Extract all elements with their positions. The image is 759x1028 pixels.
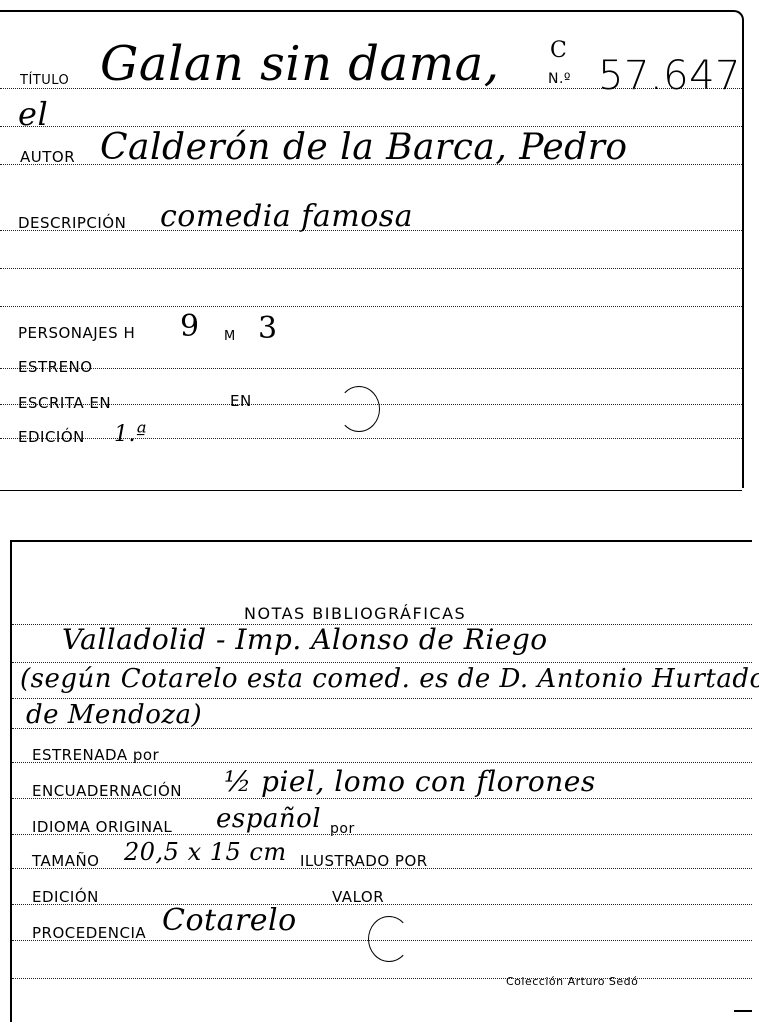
edicion-value: 1.ª [114,424,147,446]
personajes-m-value: 3 [258,314,278,344]
note-line-3: de Mendoza) [26,702,202,728]
rule [0,268,742,269]
note-line-1: Valladolid - Imp. Alonso de Riego [62,626,548,654]
edge-mark [734,1010,752,1012]
autor-label: AUTOR [20,150,75,165]
note-line-2: (según Cotarelo esta comed. es de D. Ant… [20,666,759,692]
estrenada-label: ESTRENADA por [32,748,159,763]
numero-mark: C [550,40,567,62]
ilustrado-label: ILUSTRADO POR [300,854,428,869]
rule [0,368,742,369]
escrita-en-en-label: EN [230,394,252,409]
personajes-label: PERSONAJES H [18,326,135,341]
titulo-value: Galan sin dama, [100,40,500,88]
tamano-value: 20,5 x 15 cm [124,840,287,864]
card-bottom-edge [0,490,742,491]
encuadernacion-label: ENCUADERNACIÓN [32,784,182,799]
procedencia-label: PROCEDENCIA [32,926,146,941]
edicion-label: EDICIÓN [18,430,85,445]
descripcion-value: comedia famosa [160,202,413,232]
personajes-h-value: 9 [180,312,200,342]
idioma-value: español [216,806,321,832]
autor-value: Calderón de la Barca, Pedro [100,130,628,166]
rule [0,306,742,307]
procedencia-value: Cotarelo [162,906,297,936]
numero-value: 57.647 [598,56,741,96]
numero-label: N.º [548,72,571,86]
rule [12,698,752,699]
tamano-label: TAMAÑO [32,854,100,869]
titulo-article: el [18,98,48,130]
valor-label: VALOR [332,890,384,905]
descripcion-label: DESCRIPCIÓN [18,216,126,231]
escrita-en-label: ESCRITA EN [18,396,111,411]
idioma-label: IDIOMA ORIGINAL [32,820,172,835]
estreno-label: ESTRENO [18,360,93,375]
catalog-card-front: TÍTULO Galan sin dama, el N.º C 57.647 A… [0,10,744,488]
idioma-por-label: por [330,822,355,836]
titulo-label: TÍTULO [20,74,69,87]
encuadernacion-value: ½ piel, lomo con florones [224,768,596,796]
catalog-card-back: NOTAS BIBLIOGRÁFICAS Valladolid - Imp. A… [10,540,752,1022]
edicion-back-label: EDICIÓN [32,890,99,905]
stamp-circle [368,916,410,962]
collection-footer: Colección Arturo Sedó [506,976,638,987]
rule [12,662,752,663]
rule [12,978,752,979]
personajes-m-label: M [224,330,236,343]
stamp-circle [338,386,380,432]
notas-heading: NOTAS BIBLIOGRÁFICAS [244,606,466,622]
rule [0,438,742,439]
